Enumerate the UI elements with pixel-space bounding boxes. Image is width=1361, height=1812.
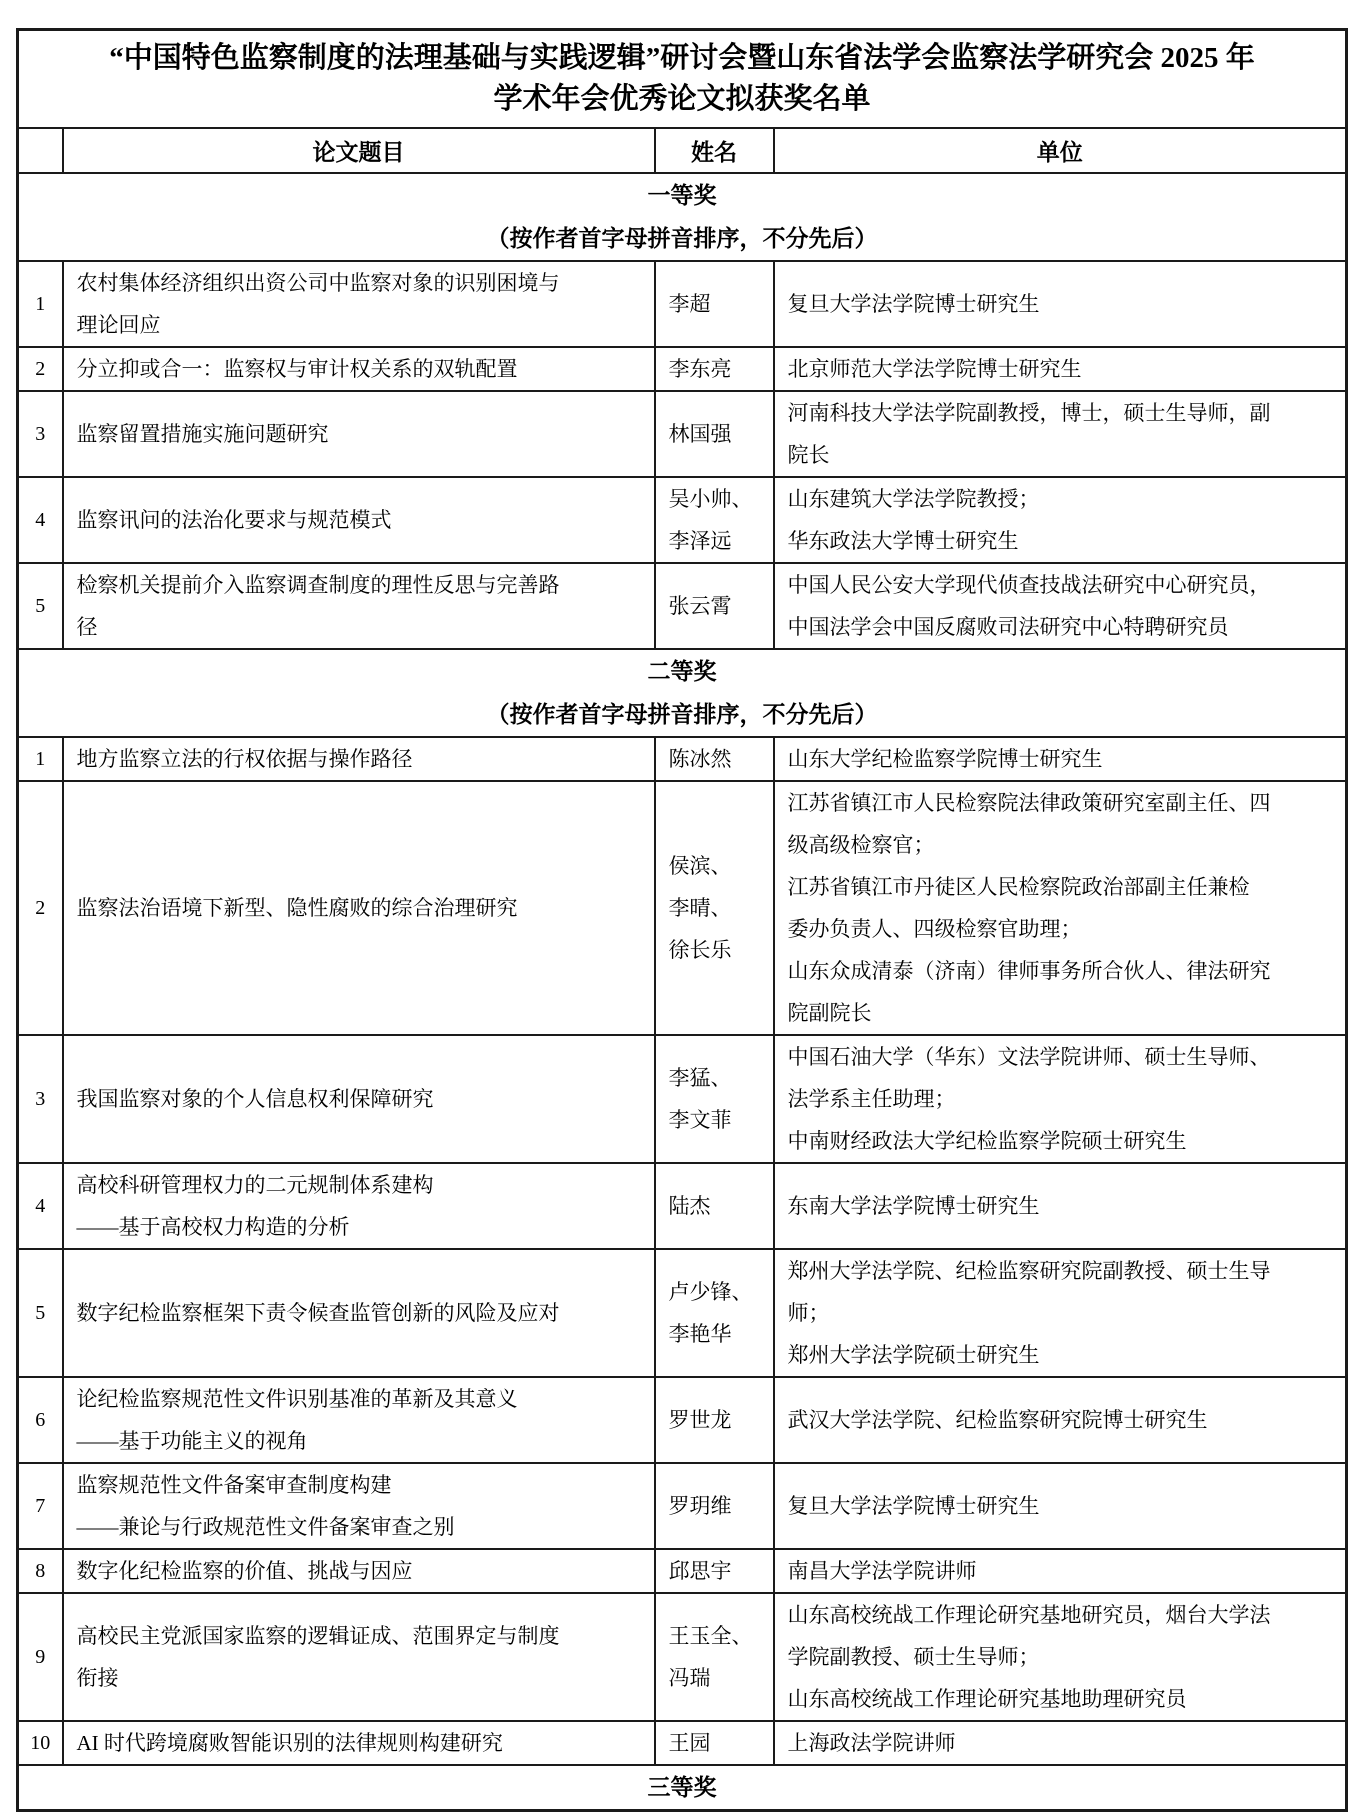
document-title-line2: 学术年会优秀论文拟获奖名单 bbox=[29, 79, 1335, 120]
table-row: 3监察留置措施实施问题研究林国强河南科技大学法学院副教授，博士，硕士生导师，副 … bbox=[18, 391, 1347, 477]
row-number: 6 bbox=[18, 1377, 63, 1463]
paper-title: 农村集体经济组织出资公司中监察对象的识别困境与 理论回应 bbox=[63, 261, 655, 347]
row-number: 3 bbox=[18, 391, 63, 477]
row-number: 1 bbox=[18, 737, 63, 781]
table-row: 9高校民主党派国家监察的逻辑证成、范围界定与制度 衔接王玉全、 冯瑞山东高校统战… bbox=[18, 1593, 1347, 1721]
table-row: 7监察规范性文件备案审查制度构建 ——兼论与行政规范性文件备案审查之别罗玥维复旦… bbox=[18, 1463, 1347, 1549]
author-unit: 武汉大学法学院、纪检监察研究院博士研究生 bbox=[774, 1377, 1347, 1463]
row-number: 4 bbox=[18, 1163, 63, 1249]
column-header-number bbox=[18, 128, 63, 173]
author-name: 李超 bbox=[655, 261, 774, 347]
award-title: 三等奖 bbox=[19, 1766, 1345, 1809]
section-award-heading: 一等奖（按作者首字母拼音排序，不分先后） bbox=[18, 173, 1347, 261]
table-row: 4高校科研管理权力的二元规制体系建构 ——基于高校权力构造的分析陆杰东南大学法学… bbox=[18, 1163, 1347, 1249]
row-number: 7 bbox=[18, 1463, 63, 1549]
column-header-unit: 单位 bbox=[774, 128, 1347, 173]
author-unit: 郑州大学法学院、纪检监察研究院副教授、硕士生导 师； 郑州大学法学院硕士研究生 bbox=[774, 1249, 1347, 1377]
author-unit: 山东建筑大学法学院教授； 华东政法大学博士研究生 bbox=[774, 477, 1347, 563]
author-name: 侯滨、 李晴、 徐长乐 bbox=[655, 781, 774, 1035]
section-award-heading: 三等奖 bbox=[18, 1765, 1347, 1811]
table-row: 3我国监察对象的个人信息权利保障研究李猛、 李文菲中国石油大学（华东）文法学院讲… bbox=[18, 1035, 1347, 1163]
author-name: 邱思宇 bbox=[655, 1549, 774, 1593]
paper-title: 我国监察对象的个人信息权利保障研究 bbox=[63, 1035, 655, 1163]
row-number: 4 bbox=[18, 477, 63, 563]
row-number: 1 bbox=[18, 261, 63, 347]
table-row: 2监察法治语境下新型、隐性腐败的综合治理研究侯滨、 李晴、 徐长乐江苏省镇江市人… bbox=[18, 781, 1347, 1035]
paper-title: 地方监察立法的行权依据与操作路径 bbox=[63, 737, 655, 781]
table-row: 8数字化纪检监察的价值、挑战与因应邱思宇南昌大学法学院讲师 bbox=[18, 1549, 1347, 1593]
author-unit: 上海政法学院讲师 bbox=[774, 1721, 1347, 1765]
author-name: 陆杰 bbox=[655, 1163, 774, 1249]
column-header-row: 论文题目 姓名 单位 bbox=[18, 128, 1347, 173]
document-title-line1: “中国特色监察制度的法理基础与实践逻辑”研讨会暨山东省法学会监察法学研究会 20… bbox=[29, 38, 1335, 79]
paper-title: 监察规范性文件备案审查制度构建 ——兼论与行政规范性文件备案审查之别 bbox=[63, 1463, 655, 1549]
row-number: 2 bbox=[18, 781, 63, 1035]
paper-title: 监察留置措施实施问题研究 bbox=[63, 391, 655, 477]
awards-table: “中国特色监察制度的法理基础与实践逻辑”研讨会暨山东省法学会监察法学研究会 20… bbox=[16, 28, 1348, 1812]
author-unit: 复旦大学法学院博士研究生 bbox=[774, 261, 1347, 347]
row-number: 5 bbox=[18, 1249, 63, 1377]
author-unit: 河南科技大学法学院副教授，博士，硕士生导师，副 院长 bbox=[774, 391, 1347, 477]
row-number: 8 bbox=[18, 1549, 63, 1593]
table-row: 1地方监察立法的行权依据与操作路径陈冰然山东大学纪检监察学院博士研究生 bbox=[18, 737, 1347, 781]
table-row: 10AI 时代跨境腐败智能识别的法律规则构建研究王园上海政法学院讲师 bbox=[18, 1721, 1347, 1765]
author-name: 吴小帅、 李泽远 bbox=[655, 477, 774, 563]
author-name: 林国强 bbox=[655, 391, 774, 477]
section-award-heading: 二等奖（按作者首字母拼音排序，不分先后） bbox=[18, 649, 1347, 737]
table-body: “中国特色监察制度的法理基础与实践逻辑”研讨会暨山东省法学会监察法学研究会 20… bbox=[18, 30, 1347, 1811]
author-name: 卢少锋、 李艳华 bbox=[655, 1249, 774, 1377]
column-header-name: 姓名 bbox=[655, 128, 774, 173]
row-number: 2 bbox=[18, 347, 63, 391]
paper-title: 监察讯问的法治化要求与规范模式 bbox=[63, 477, 655, 563]
row-number: 3 bbox=[18, 1035, 63, 1163]
paper-title: 分立抑或合一：监察权与审计权关系的双轨配置 bbox=[63, 347, 655, 391]
author-unit: 山东高校统战工作理论研究基地研究员，烟台大学法 学院副教授、硕士生导师； 山东高… bbox=[774, 1593, 1347, 1721]
table-row: 1农村集体经济组织出资公司中监察对象的识别困境与 理论回应李超复旦大学法学院博士… bbox=[18, 261, 1347, 347]
author-name: 张云霄 bbox=[655, 563, 774, 649]
author-name: 王园 bbox=[655, 1721, 774, 1765]
table-row: 4监察讯问的法治化要求与规范模式吴小帅、 李泽远山东建筑大学法学院教授； 华东政… bbox=[18, 477, 1347, 563]
document-page: “中国特色监察制度的法理基础与实践逻辑”研讨会暨山东省法学会监察法学研究会 20… bbox=[0, 0, 1361, 1768]
author-unit: 南昌大学法学院讲师 bbox=[774, 1549, 1347, 1593]
author-unit: 东南大学法学院博士研究生 bbox=[774, 1163, 1347, 1249]
author-unit: 江苏省镇江市人民检察院法律政策研究室副主任、四 级高级检察官； 江苏省镇江市丹徒… bbox=[774, 781, 1347, 1035]
author-name: 李猛、 李文菲 bbox=[655, 1035, 774, 1163]
section-header-row: 二等奖（按作者首字母拼音排序，不分先后） bbox=[18, 649, 1347, 737]
section-header-row: 三等奖 bbox=[18, 1765, 1347, 1811]
row-number: 9 bbox=[18, 1593, 63, 1721]
award-sort-note: （按作者首字母拼音排序，不分先后） bbox=[19, 693, 1345, 736]
author-name: 罗玥维 bbox=[655, 1463, 774, 1549]
author-unit: 中国人民公安大学现代侦查技战法研究中心研究员， 中国法学会中国反腐败司法研究中心… bbox=[774, 563, 1347, 649]
author-unit: 北京师范大学法学院博士研究生 bbox=[774, 347, 1347, 391]
document-title-row: “中国特色监察制度的法理基础与实践逻辑”研讨会暨山东省法学会监察法学研究会 20… bbox=[18, 30, 1347, 129]
column-header-paper-title: 论文题目 bbox=[63, 128, 655, 173]
paper-title: 监察法治语境下新型、隐性腐败的综合治理研究 bbox=[63, 781, 655, 1035]
award-title: 一等奖 bbox=[19, 174, 1345, 217]
table-row: 5数字纪检监察框架下责令候查监管创新的风险及应对卢少锋、 李艳华郑州大学法学院、… bbox=[18, 1249, 1347, 1377]
author-unit: 复旦大学法学院博士研究生 bbox=[774, 1463, 1347, 1549]
paper-title: 高校民主党派国家监察的逻辑证成、范围界定与制度 衔接 bbox=[63, 1593, 655, 1721]
table-row: 6论纪检监察规范性文件识别基准的革新及其意义 ——基于功能主义的视角罗世龙武汉大… bbox=[18, 1377, 1347, 1463]
table-row: 5检察机关提前介入监察调查制度的理性反思与完善路 径张云霄中国人民公安大学现代侦… bbox=[18, 563, 1347, 649]
author-unit: 山东大学纪检监察学院博士研究生 bbox=[774, 737, 1347, 781]
paper-title: 数字化纪检监察的价值、挑战与因应 bbox=[63, 1549, 655, 1593]
row-number: 5 bbox=[18, 563, 63, 649]
author-name: 李东亮 bbox=[655, 347, 774, 391]
paper-title: AI 时代跨境腐败智能识别的法律规则构建研究 bbox=[63, 1721, 655, 1765]
document-title: “中国特色监察制度的法理基础与实践逻辑”研讨会暨山东省法学会监察法学研究会 20… bbox=[18, 30, 1347, 129]
row-number: 10 bbox=[18, 1721, 63, 1765]
award-sort-note: （按作者首字母拼音排序，不分先后） bbox=[19, 217, 1345, 260]
paper-title: 检察机关提前介入监察调查制度的理性反思与完善路 径 bbox=[63, 563, 655, 649]
award-title: 二等奖 bbox=[19, 650, 1345, 693]
paper-title: 论纪检监察规范性文件识别基准的革新及其意义 ——基于功能主义的视角 bbox=[63, 1377, 655, 1463]
author-name: 陈冰然 bbox=[655, 737, 774, 781]
author-name: 王玉全、 冯瑞 bbox=[655, 1593, 774, 1721]
paper-title: 数字纪检监察框架下责令候查监管创新的风险及应对 bbox=[63, 1249, 655, 1377]
author-unit: 中国石油大学（华东）文法学院讲师、硕士生导师、 法学系主任助理； 中南财经政法大… bbox=[774, 1035, 1347, 1163]
paper-title: 高校科研管理权力的二元规制体系建构 ——基于高校权力构造的分析 bbox=[63, 1163, 655, 1249]
section-header-row: 一等奖（按作者首字母拼音排序，不分先后） bbox=[18, 173, 1347, 261]
table-row: 2分立抑或合一：监察权与审计权关系的双轨配置李东亮北京师范大学法学院博士研究生 bbox=[18, 347, 1347, 391]
author-name: 罗世龙 bbox=[655, 1377, 774, 1463]
